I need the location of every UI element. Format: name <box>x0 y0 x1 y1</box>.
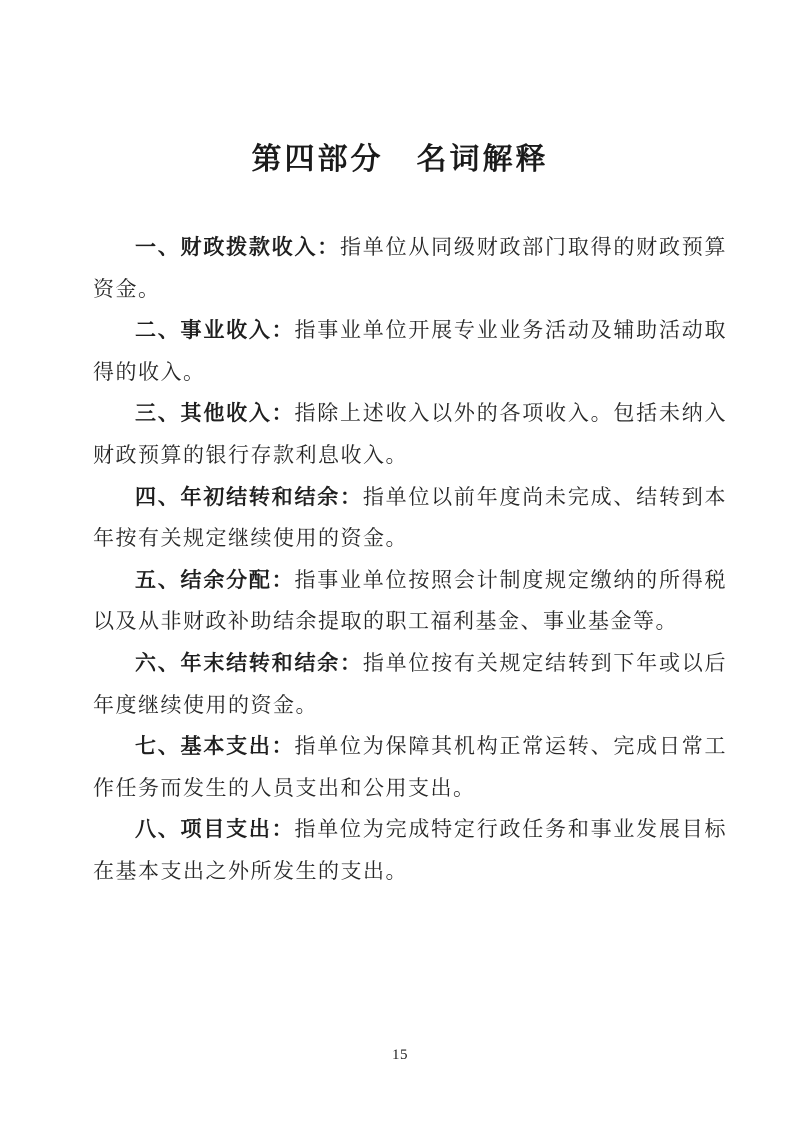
glossary-term: 四、年初结转和结余： <box>135 485 363 509</box>
document-page: 第四部分 名词解释 一、财政拨款收入：指单位从同级财政部门取得的财政预算资金。 … <box>0 0 800 1132</box>
glossary-term: 三、其他收入： <box>135 401 294 425</box>
glossary-item: 七、基本支出：指单位为保障其机构正常运转、完成日常工作任务而发生的人员支出和公用… <box>93 726 727 809</box>
glossary-list: 一、财政拨款收入：指单位从同级财政部门取得的财政预算资金。 二、事业收入：指事业… <box>93 227 727 893</box>
glossary-item: 六、年末结转和结余：指单位按有关规定结转到下年或以后年度继续使用的资金。 <box>93 643 727 726</box>
glossary-term: 二、事业收入： <box>135 318 294 342</box>
page-number: 15 <box>0 1046 800 1064</box>
section-title: 第四部分 名词解释 <box>0 143 800 177</box>
glossary-item: 三、其他收入：指除上述收入以外的各项收入。包括未纳入财政预算的银行存款利息收入。 <box>93 393 727 476</box>
glossary-term: 八、项目支出： <box>135 817 294 841</box>
glossary-term: 六、年末结转和结余： <box>135 651 363 675</box>
glossary-item: 八、项目支出：指单位为完成特定行政任务和事业发展目标在基本支出之外所发生的支出。 <box>93 809 727 892</box>
glossary-term: 七、基本支出： <box>135 734 294 758</box>
glossary-item: 四、年初结转和结余：指单位以前年度尚未完成、结转到本年按有关规定继续使用的资金。 <box>93 477 727 560</box>
glossary-item: 五、结余分配：指事业单位按照会计制度规定缴纳的所得税以及从非财政补助结余提取的职… <box>93 560 727 643</box>
glossary-item: 一、财政拨款收入：指单位从同级财政部门取得的财政预算资金。 <box>93 227 727 310</box>
glossary-item: 二、事业收入：指事业单位开展专业业务活动及辅助活动取得的收入。 <box>93 310 727 393</box>
glossary-term: 五、结余分配： <box>135 568 294 592</box>
glossary-term: 一、财政拨款收入： <box>135 235 340 259</box>
